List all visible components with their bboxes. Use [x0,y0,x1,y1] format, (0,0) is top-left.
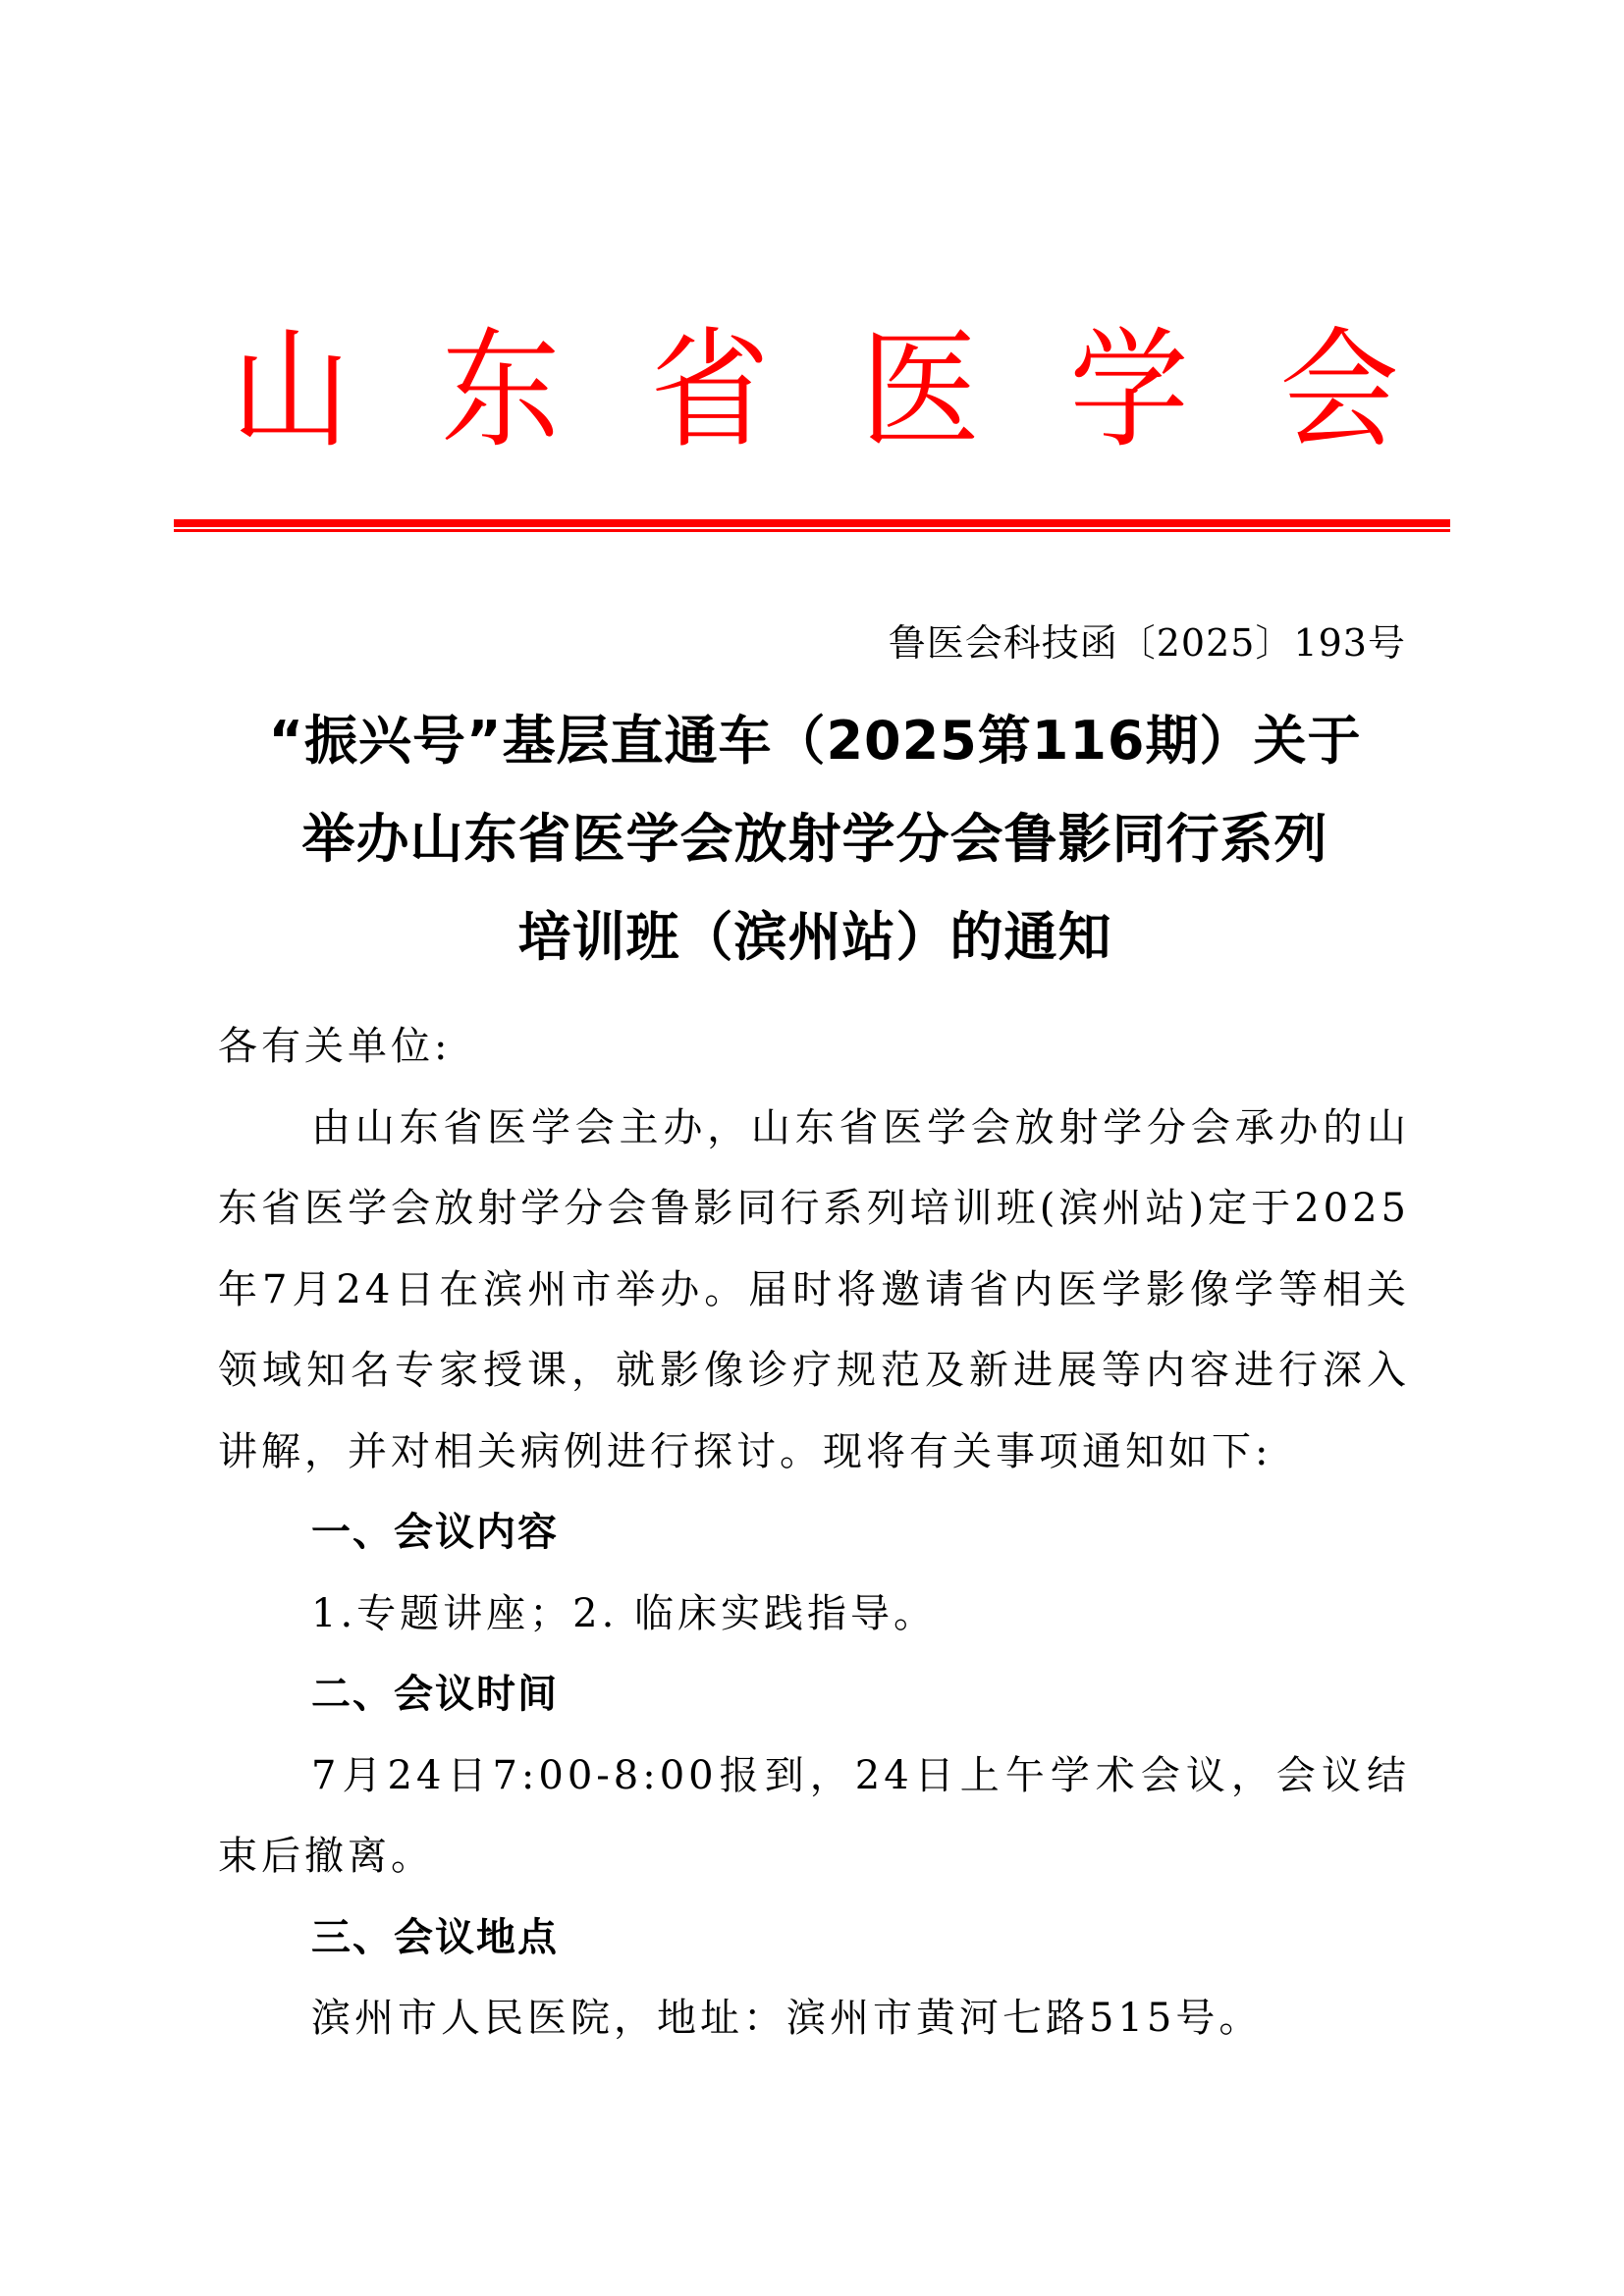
masthead-char: 山 [231,312,350,469]
section-heading-time: 二、会议时间 [218,1654,1410,1735]
document-body: 各有关单位: 由山东省医学会主办，山东省医学会放射学分会承办的山东省医学会放射学… [218,1006,1410,2059]
section-text-content: 1.专题讲座；2. 临床实践指导。 [218,1574,1410,1655]
document-page: 山 东 省 医 学 会 鲁医会科技函〔2025〕193号 “振兴号”基层直通车（… [0,0,1624,2296]
title-line: “振兴号”基层直通车（2025第116期）关于 [218,692,1412,790]
document-number: 鲁医会科技函〔2025〕193号 [889,618,1406,667]
intro-paragraph: 由山东省医学会主办，山东省医学会放射学分会承办的山东省医学会放射学分会鲁影同行系… [218,1088,1410,1493]
document-title: “振兴号”基层直通车（2025第116期）关于 举办山东省医学会放射学分会鲁影同… [218,692,1412,987]
section-heading-location: 三、会议地点 [218,1897,1410,1979]
section-text-time: 7月24日7:00-8:00报到，24日上午学术会议，会议结束后撤离。 [218,1735,1410,1897]
title-line: 举办山东省医学会放射学分会鲁影同行系列 [218,790,1412,888]
masthead-divider-thick [174,519,1450,527]
title-line: 培训班（滨州站）的通知 [218,888,1412,987]
masthead-char: 省 [650,312,769,469]
masthead: 山 东 省 医 学 会 [226,312,1404,469]
section-heading-content: 一、会议内容 [218,1492,1410,1574]
section-text-location: 滨州市人民医院，地址：滨州市黄河七路515号。 [218,1978,1410,2059]
masthead-char: 会 [1279,312,1398,469]
masthead-char: 学 [1070,312,1189,469]
masthead-char: 医 [860,312,979,469]
masthead-divider-thin [174,529,1450,532]
salutation: 各有关单位: [218,1006,1410,1088]
masthead-char: 东 [441,312,560,469]
